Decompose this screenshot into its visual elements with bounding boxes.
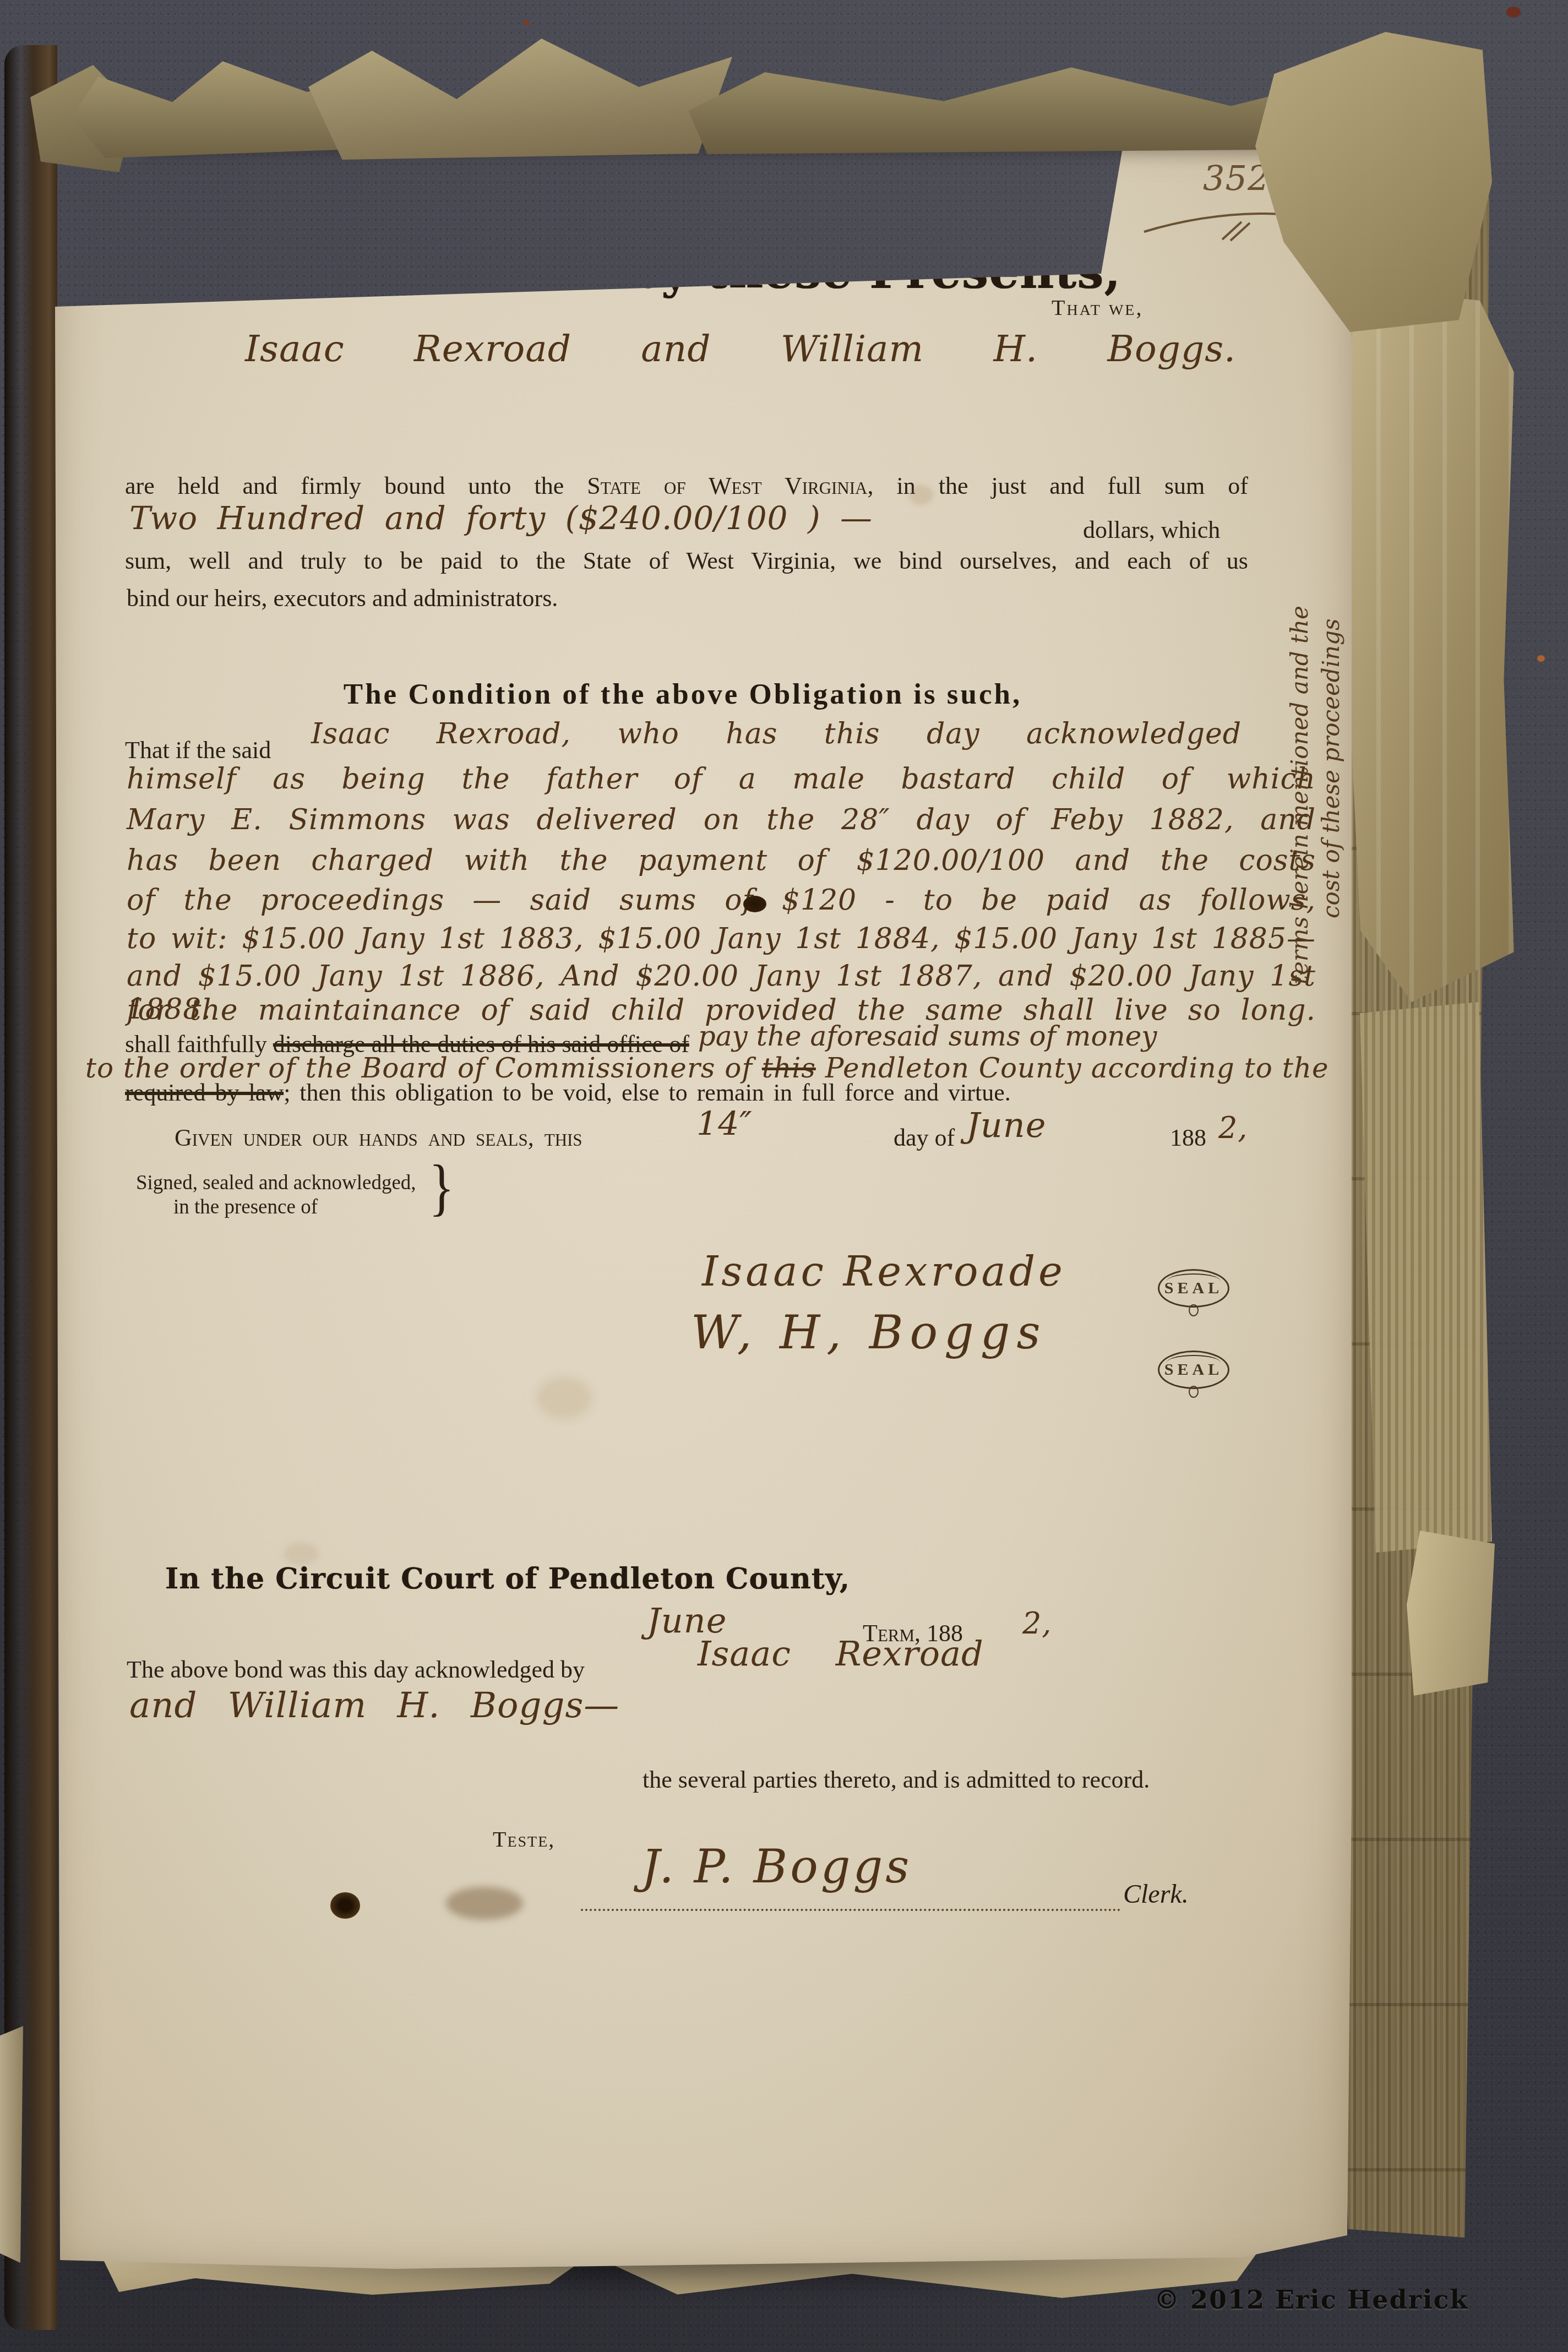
condition-hw-line-1: Isaac Rexroad, who has this day acknowle… bbox=[311, 717, 1242, 750]
parties-line: the several parties thereto, and is admi… bbox=[643, 1766, 1150, 1794]
teste-label: Teste, bbox=[493, 1826, 555, 1852]
page-stain bbox=[537, 1377, 592, 1419]
clerk-label: Clerk. bbox=[1123, 1879, 1189, 1909]
signature-isaac-rexroad: Isaac Rexroade bbox=[702, 1248, 1066, 1295]
day-handwritten: 14″ bbox=[696, 1105, 753, 1144]
page-number: 352 bbox=[1203, 158, 1270, 198]
signature-wh-boggs: W, H, Boggs bbox=[691, 1305, 1047, 1359]
condition-heading: The Condition of the above Obligation is… bbox=[239, 678, 1126, 711]
condition-hw-line-2: himself as being the father of a male ba… bbox=[127, 763, 1316, 796]
document-title: Know all Men by these Presents, bbox=[239, 244, 1121, 300]
condition-hw-line-6: to wit: $15.00 Jany 1st 1883, $15.00 Jan… bbox=[127, 922, 1316, 955]
witness-line-1: Signed, sealed and acknowledged, bbox=[136, 1171, 416, 1195]
condition-hw-line-5: of the proceedings — said sums of $120 -… bbox=[127, 884, 1316, 917]
margin-note-line-2: cost of these proceedings bbox=[1315, 252, 1347, 984]
seal-badge-1: SEAL bbox=[1158, 1265, 1229, 1310]
closing-line: required by law; then this obligation to… bbox=[125, 1079, 1011, 1107]
bond-line-1: are held and firmly bound unto the State… bbox=[125, 472, 1248, 500]
year-handwritten: 2, bbox=[1218, 1110, 1248, 1145]
dollars-which-text: dollars, which bbox=[1083, 516, 1220, 544]
page-stain bbox=[909, 485, 933, 505]
condition-intro: That if the said bbox=[125, 736, 271, 764]
that-we-text: That we, bbox=[1052, 295, 1143, 320]
witness-line-2: in the presence of bbox=[173, 1195, 318, 1219]
desk-speck bbox=[1506, 7, 1521, 18]
ack-name-1-handwritten: Isaac Rexroad bbox=[698, 1634, 984, 1674]
ink-blot-small bbox=[743, 896, 766, 912]
bond-amount-handwritten: Two Hundred and forty ($240.00/100 ) — bbox=[129, 499, 873, 537]
torn-paper-band-3 bbox=[688, 58, 1327, 154]
signature-dotted-line bbox=[581, 1909, 1120, 1911]
margin-note-vertical: terms herein mentioned and the cost of t… bbox=[1284, 252, 1347, 984]
clerk-signature-handwritten: J. P. Boggs bbox=[641, 1839, 912, 1893]
obligor-names-handwritten: Isaac Rexroad and William H. Boggs. bbox=[245, 328, 1236, 370]
book-spine bbox=[4, 45, 57, 2330]
ink-smudge bbox=[446, 1887, 523, 1920]
court-heading: In the Circuit Court of Pendleton County… bbox=[165, 1562, 850, 1596]
photo-scene: 352 Know all Men by these Presents, That… bbox=[0, 0, 1568, 2352]
ink-blot-dark bbox=[330, 1892, 360, 1919]
bond-line-3: bind our heirs, executors and administra… bbox=[127, 584, 558, 612]
seal-badge-2: SEAL bbox=[1158, 1346, 1229, 1391]
bond-line-2: sum, well and truly to be paid to the St… bbox=[125, 547, 1248, 575]
seal-label: SEAL bbox=[1158, 1360, 1229, 1379]
left-page-sliver bbox=[0, 2026, 23, 2263]
given-text: Given under our hands and seals, this bbox=[175, 1124, 582, 1151]
given-line: Given under our hands and seals, this bbox=[175, 1124, 582, 1152]
witness-brace: } bbox=[429, 1151, 454, 1224]
acknowledged-line: The above bond was this day acknowledged… bbox=[127, 1656, 585, 1684]
hanging-sheet-large bbox=[1343, 286, 1514, 1002]
paper-tab bbox=[1407, 1531, 1495, 1696]
closing-text: ; then this obligation to be void, else … bbox=[284, 1079, 1011, 1106]
seal-label: SEAL bbox=[1158, 1279, 1229, 1298]
month-handwritten: June bbox=[966, 1105, 1046, 1145]
desk-speck bbox=[523, 20, 530, 25]
ack-name-2-handwritten: and William H. Boggs— bbox=[129, 1685, 619, 1726]
term-year-handwritten: 2, bbox=[1022, 1606, 1052, 1641]
seal-flourish bbox=[1189, 1304, 1199, 1316]
torn-paper-band-2 bbox=[308, 39, 732, 160]
year-printed: 188 bbox=[1170, 1124, 1206, 1152]
copyright-watermark: © 2012 Eric Hedrick bbox=[1154, 2285, 1468, 2315]
struck-required-text: required by law bbox=[125, 1079, 284, 1106]
hanging-sheet-mid bbox=[1360, 1002, 1492, 1553]
state-smallcaps: State of West Virginia, bbox=[587, 472, 873, 499]
bond-line-1-pre: are held and firmly bound unto the bbox=[125, 472, 587, 499]
day-of-text: day of bbox=[894, 1124, 955, 1152]
seal-flourish bbox=[1189, 1386, 1199, 1398]
pay-sums-handwritten: pay the aforesaid sums of money bbox=[689, 1020, 1157, 1052]
page-stain bbox=[284, 1542, 319, 1565]
condition-hw-line-4: has been charged with the payment of $12… bbox=[127, 844, 1316, 877]
margin-note-line-1: terms herein mentioned and the bbox=[1284, 252, 1315, 984]
desk-speck bbox=[1537, 655, 1545, 662]
condition-hw-line-3: Mary E. Simmons was delivered on the 28″… bbox=[127, 803, 1316, 836]
document-page: 352 Know all Men by these Presents, That… bbox=[52, 135, 1352, 2271]
